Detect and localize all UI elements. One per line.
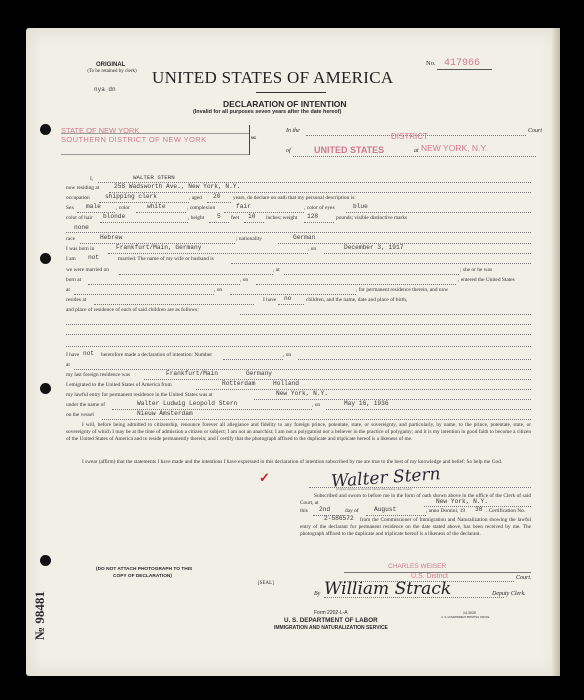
last-residence-city: Frankfurt/Main: [166, 370, 218, 377]
height-label: , height: [188, 215, 204, 221]
entry-place: New York, N.Y.: [276, 390, 328, 397]
aged-suffix: years, do declare on oath that my person…: [233, 195, 356, 201]
perm-label: , for permanent residence therein, and n…: [356, 287, 448, 293]
hair-line: [100, 222, 188, 223]
entry-date-line: [326, 409, 531, 410]
title-rule: [256, 92, 326, 93]
printer-label: U. S. GOVERNMENT PRINTING OFFICE: [441, 616, 489, 619]
deputy-line: [324, 597, 504, 598]
clerk-day: 2nd: [319, 506, 330, 513]
address-value: 258 Wadsworth Ave., New York, N.Y.: [114, 183, 240, 190]
nationality-line: [278, 243, 531, 244]
vessel-line: [102, 419, 531, 420]
clerk-place: New York, N.Y.: [436, 498, 488, 505]
prior-at-line: [74, 369, 531, 370]
last-residence-line: [144, 379, 531, 380]
court-period-label: Court.: [516, 575, 532, 581]
children-detail-line: [240, 314, 531, 315]
photo-note-line1: (DO NOT ATTACH PHOTOGRAPH TO THIS: [96, 567, 192, 572]
oath-paragraph: I swear (affirm) that the statements I h…: [66, 459, 531, 466]
married-value: not: [88, 254, 99, 261]
feet-label: feet: [231, 215, 239, 221]
entry-line: [254, 399, 531, 400]
aged-label: , aged: [189, 195, 202, 201]
age-value: 20: [213, 193, 220, 200]
deputy-clerk-label: Deputy Clerk.: [492, 591, 526, 597]
spouse-line: [231, 263, 531, 264]
married-at-label: , at: [273, 267, 280, 273]
declarant-name: WALTER STERN: [133, 174, 175, 181]
race-label: race: [66, 236, 75, 242]
by-label: By: [314, 591, 320, 597]
validity-note: (Invalid for all purposes seven years af…: [193, 109, 341, 115]
prior-at-label: at: [66, 362, 70, 368]
court-of-stamp: UNITED STATES: [314, 145, 384, 155]
photo-note-line2: COPY OF DECLARATION): [113, 574, 172, 579]
vessel-value: Nieuw Amsterdam: [137, 410, 193, 417]
occupation-label: occupation: [66, 195, 90, 201]
this-label: this: [300, 508, 308, 514]
birthplace-line: [108, 253, 308, 254]
document-page: ORIGINAL (To be retained by clerk) nya d…: [26, 28, 560, 676]
entered-at-line: [74, 294, 214, 295]
birthdate-value: December 3, 1917: [344, 244, 403, 251]
sex-value: male: [86, 203, 101, 210]
sex-label: Sex: [66, 205, 74, 211]
children-detail-line: [66, 346, 531, 347]
court-of-line: [293, 156, 536, 157]
occupation-value: shipping clerk: [105, 193, 157, 200]
print-code: 14-3020: [463, 611, 476, 615]
entered-label: , entered the United States: [458, 277, 515, 283]
declaration-heading: DECLARATION OF INTENTION: [223, 99, 347, 109]
marks-label: pounds; visible distinctive marks: [336, 215, 407, 221]
eyes-label: , color of eyes: [304, 205, 335, 211]
emigrated-country: Holland: [273, 380, 299, 387]
complexion-line: [224, 212, 304, 213]
document-number-stamp: 417966: [444, 58, 480, 69]
race-value: Hebrew: [100, 234, 122, 241]
certification-text: from the Commissioner of Immigration and…: [300, 517, 531, 538]
entered-at-label: at: [66, 287, 70, 293]
born-on-label: , on: [308, 246, 316, 252]
prior-prefix: I have: [66, 352, 79, 358]
occupation-line: [99, 202, 189, 203]
court-type-stamp: DISTRICT: [391, 132, 428, 141]
month-line: [366, 515, 426, 516]
renunciation-paragraph: I will, before being admitted to citizen…: [66, 422, 531, 443]
nationality-value: German: [293, 234, 315, 241]
inches-label: inches; weight: [266, 215, 297, 221]
punch-hole: [40, 383, 51, 394]
entered-on-line: [230, 294, 356, 295]
children-line: [278, 304, 304, 305]
marks-line: [66, 232, 531, 233]
prior-value: not: [83, 350, 94, 357]
married-suffix: married. The name of my wife or husband …: [118, 256, 214, 262]
married-on-line: [119, 274, 273, 275]
height-feet: 5: [217, 213, 221, 220]
color-label: , color: [116, 205, 130, 211]
last-residence-label: my last foreign residence was: [66, 372, 130, 378]
birthplace-value: Frankfurt/Main, Germany: [116, 244, 201, 251]
spouse-born-at-label: born at: [66, 277, 81, 283]
signature-caption: (Original signature of declarant without…: [336, 488, 412, 491]
children-suffix: children, and the name, date and place o…: [306, 297, 407, 303]
deputy-clerk-signature: William Strack: [324, 579, 451, 599]
in-the-label: In the: [286, 128, 300, 134]
entry-on-label: , on: [312, 402, 320, 408]
spouse-born-on-label: , on: [240, 277, 248, 283]
venue-bracket: [249, 125, 250, 155]
emigrated-line: [196, 389, 531, 390]
emigrated-label: I emigrated to the United States of Amer…: [66, 382, 172, 388]
age-line: [207, 202, 231, 203]
children-line-label: and place of residence of each of said c…: [66, 307, 199, 313]
day-of-label: day of: [345, 508, 359, 514]
prior-on-line: [298, 359, 531, 360]
emigrated-city: Rotterdam: [222, 380, 255, 387]
under-name-value: Walter Ludwig Leopold Stern: [137, 400, 237, 407]
service-label: IMMIGRATION AND NATURALIZATION SERVICE: [274, 625, 388, 631]
punch-hole: [40, 253, 51, 264]
nationality-label: ; nationality: [236, 236, 262, 242]
have-label: I have: [263, 297, 276, 303]
prior-number-line: [223, 359, 283, 360]
born-label: I was born in: [66, 246, 94, 252]
children-detail-line: [66, 324, 531, 325]
complexion-value: fair: [236, 203, 251, 210]
of-label: of: [286, 148, 291, 154]
height-inches: 10: [248, 213, 255, 220]
children-detail-line: [66, 334, 531, 335]
venue-line: [61, 133, 249, 134]
inches-line: [244, 222, 264, 223]
hair-label: color of hair: [66, 215, 93, 221]
resides-line: [94, 304, 254, 305]
children-value: no: [284, 295, 291, 302]
ss-label: ss:: [251, 136, 257, 141]
under-name-label: under the name of: [66, 402, 105, 408]
at-label: at: [414, 148, 419, 154]
retained-note: (To be retained by clerk): [82, 69, 142, 75]
clerk-year: 38: [475, 506, 482, 513]
married-on-label: we were married on: [66, 267, 109, 273]
hair-value: blonde: [103, 213, 125, 220]
married-at-line: [284, 274, 459, 275]
weight-line: [304, 222, 334, 223]
venue-district-stamp: SOUTHERN DISTRICT OF NEW YORK: [61, 135, 207, 144]
number-label: No.: [426, 60, 436, 67]
last-residence-country: Germany: [246, 370, 272, 377]
cert-label: . Certification No.: [486, 508, 525, 514]
entered-on-label: , on: [214, 287, 222, 293]
residing-label: now residing at: [66, 185, 99, 191]
address-line: [109, 192, 531, 193]
prior-on-label: , on: [283, 352, 291, 358]
clerk-name-stamp: CHARLES WEISER: [388, 563, 446, 570]
check-mark-icon: ✓: [259, 470, 270, 486]
clerk-initials: nya dn: [94, 86, 116, 93]
seal-label: [SEAL]: [258, 581, 274, 586]
marks-value: none: [74, 224, 89, 231]
eyes-line: [346, 212, 531, 213]
married-prefix: I am: [66, 256, 76, 262]
color-value: white: [147, 203, 166, 210]
venue-line: [61, 154, 249, 155]
entry-label: my lawful entry for permanent residence …: [66, 392, 213, 398]
i-label: I,: [90, 176, 93, 182]
court-label: Court: [528, 128, 542, 134]
spouse-born-on-line: [256, 284, 456, 285]
punch-hole: [40, 555, 51, 566]
anno-label: , anno Domini, 19: [426, 508, 465, 514]
document-title: UNITED STATES OF AMERICA: [152, 68, 394, 88]
prior-suffix: heretofore made a declaration of intenti…: [101, 352, 212, 358]
court-at-stamp: NEW YORK, N.Y.: [421, 143, 487, 153]
spouse-born-suffix: ; she or he was: [460, 267, 492, 273]
spouse-born-at-line: [88, 284, 240, 285]
form-number: Form 2202-L-A: [314, 610, 348, 616]
department-label: U. S. DEPARTMENT OF LABOR: [284, 617, 378, 624]
birthdate-line: [324, 253, 531, 254]
resides-label: resides at: [66, 297, 86, 303]
vessel-label: on the vessel: [66, 412, 94, 418]
entry-date-value: May 16, 1936: [344, 400, 389, 407]
clerk-month: August: [374, 506, 396, 513]
color-line: [136, 212, 186, 213]
original-label: ORIGINAL: [96, 62, 125, 68]
complexion-label: , complexion: [187, 205, 215, 211]
punch-hole: [40, 124, 51, 135]
weight-value: 128: [307, 213, 318, 220]
stub-number: № 98481: [32, 591, 48, 640]
number-line: [437, 69, 492, 70]
feet-line: [209, 222, 229, 223]
eyes-value: blue: [353, 203, 368, 210]
subscribed-text: Subscribed and sworn to before me in the…: [300, 493, 531, 507]
